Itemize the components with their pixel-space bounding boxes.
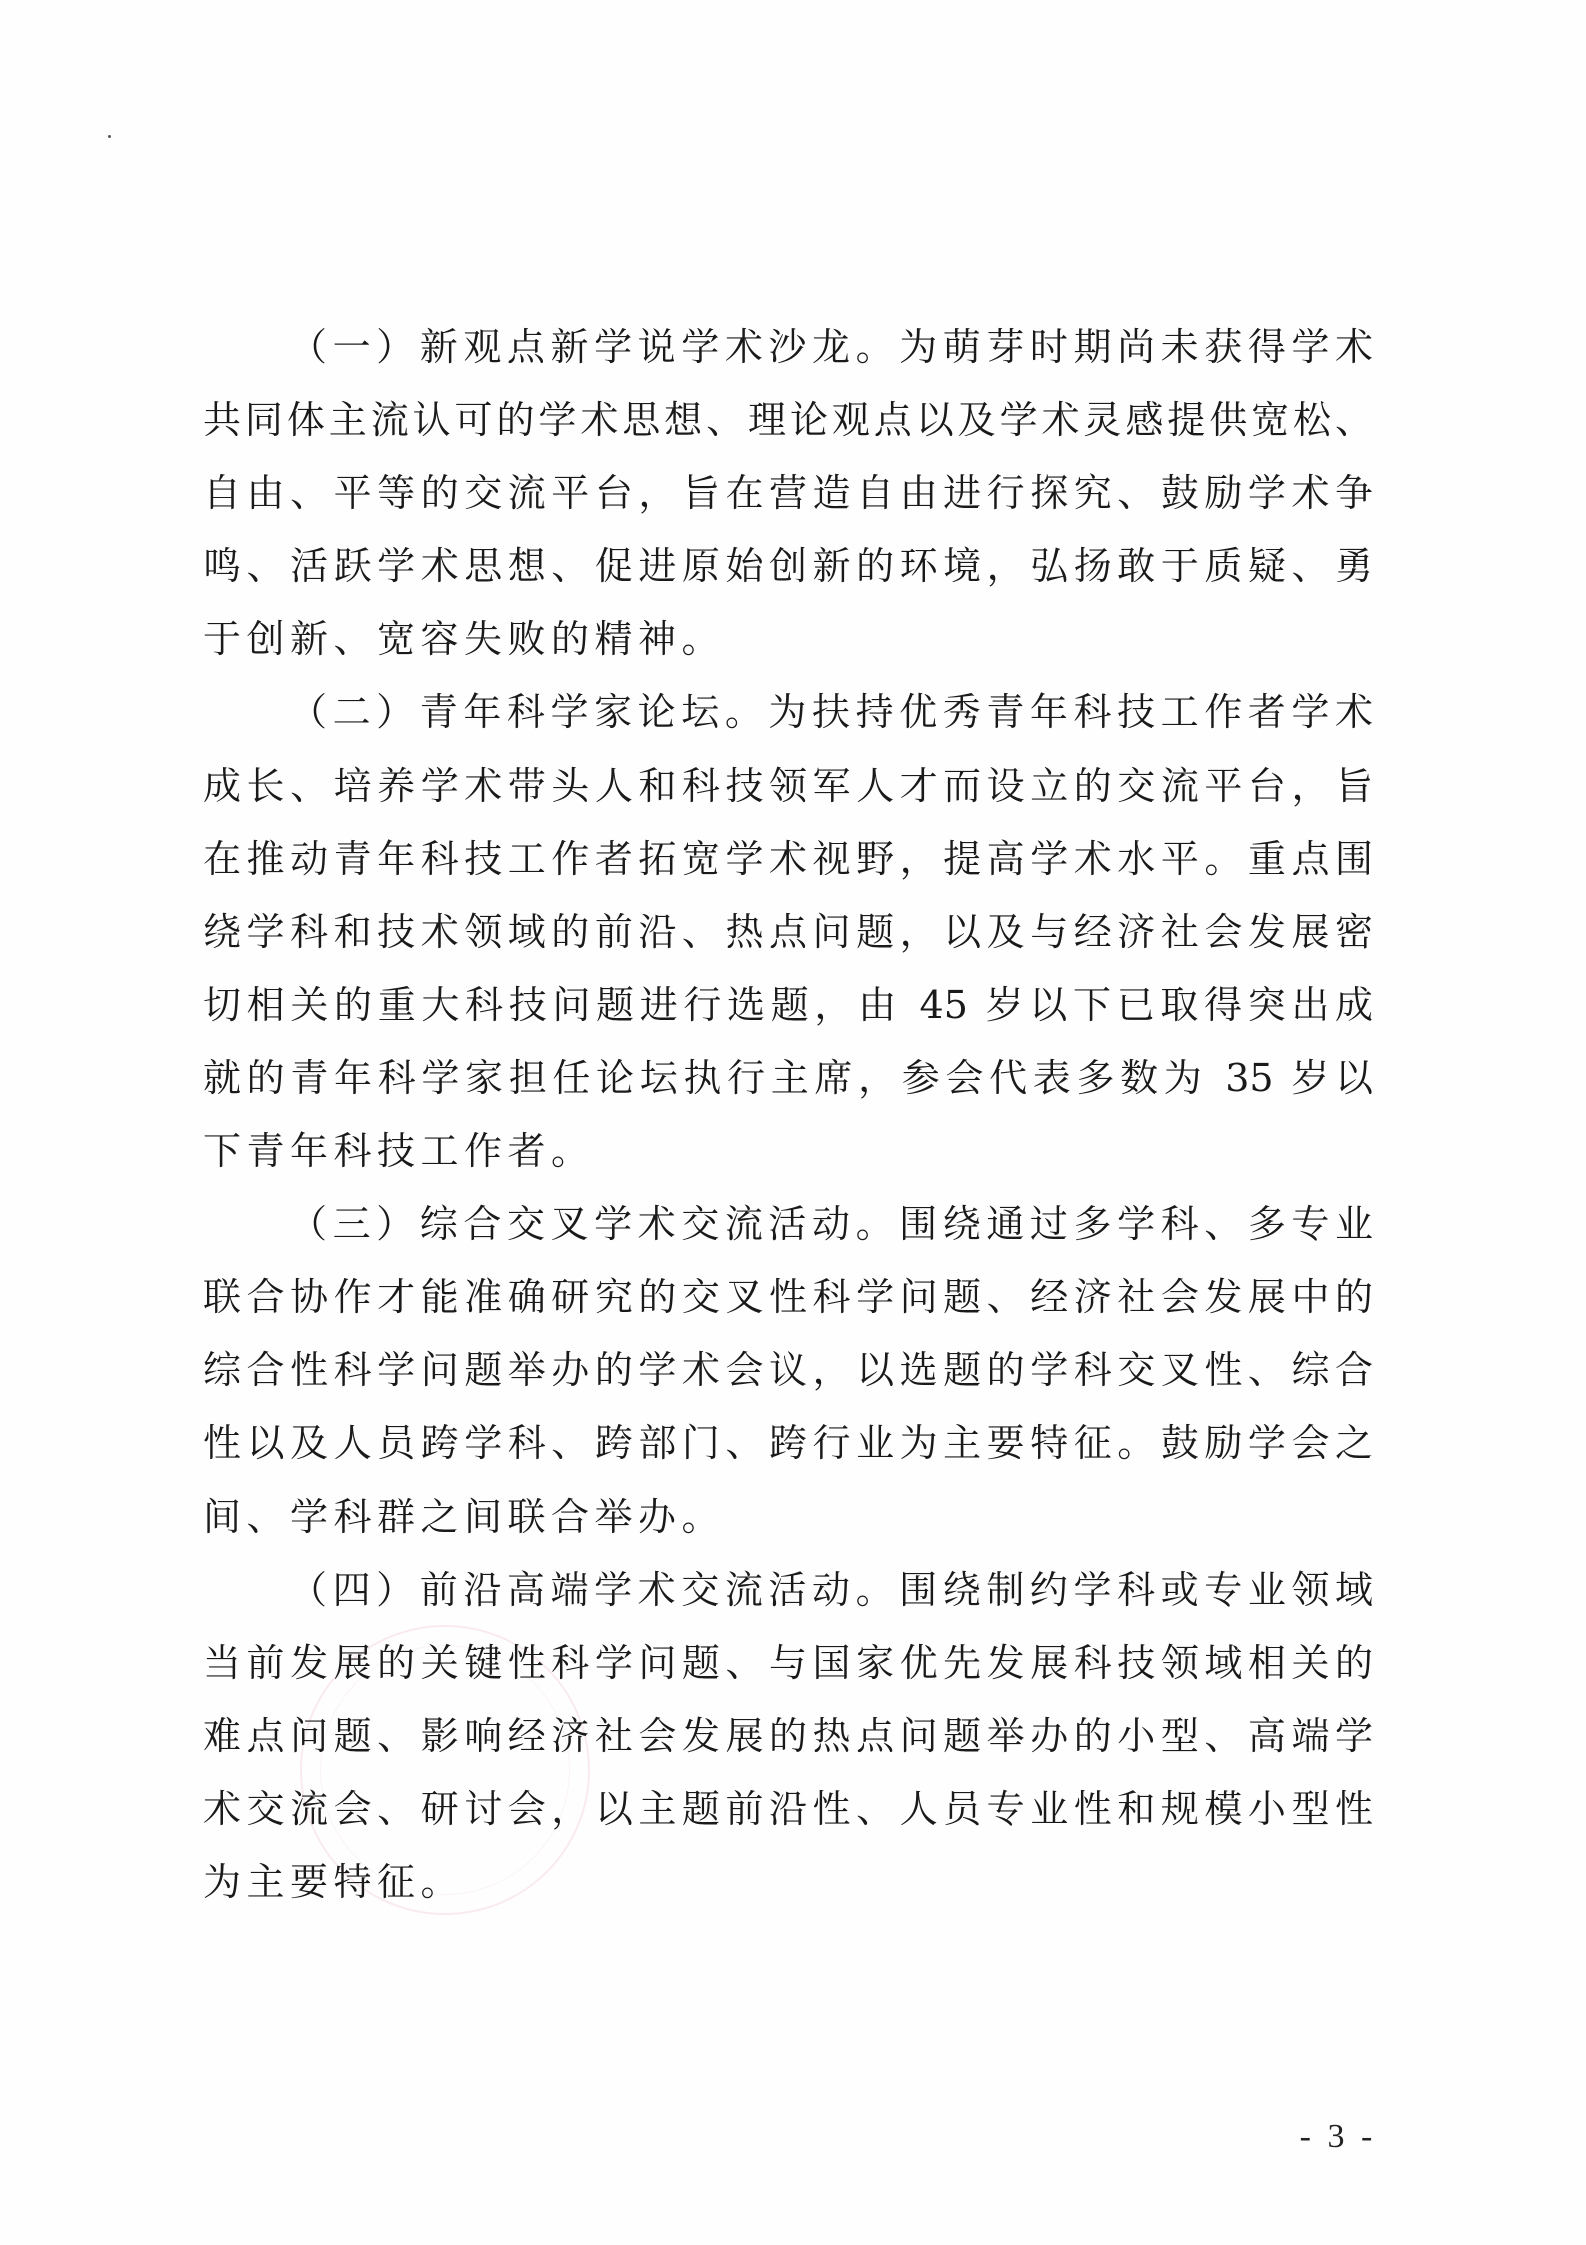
- paragraph-4: （四）前沿高端学术交流活动。围绕制约学科或专业领域 当前发展的关键性科学问题、与…: [203, 1554, 1373, 1919]
- text-line: 就的青年科学家担任论坛执行主席，参会代表多数为 35 岁以: [203, 1042, 1373, 1115]
- line-text: 为萌芽时期尚未获得学术: [899, 325, 1373, 369]
- paragraph-first-line: （一）新观点新学说学术沙龙。为萌芽时期尚未获得学术: [203, 311, 1373, 384]
- document-page: （一）新观点新学说学术沙龙。为萌芽时期尚未获得学术 共同体主流认可的学术思想、理…: [0, 0, 1586, 2245]
- paragraph-heading: （二）青年科学家论坛。: [289, 690, 768, 734]
- text-line: 为主要特征。: [203, 1846, 1373, 1919]
- text-line: 绕学科和技术领域的前沿、热点问题，以及与经济社会发展密: [203, 896, 1373, 969]
- paragraph-first-line: （三）综合交叉学术交流活动。围绕通过多学科、多专业: [203, 1188, 1373, 1261]
- text-line: 难点问题、影响经济社会发展的热点问题举办的小型、高端学: [203, 1700, 1373, 1773]
- text-line: 下青年科技工作者。: [203, 1115, 1373, 1188]
- text-line: 在推动青年科技工作者拓宽学术视野，提高学术水平。重点围: [203, 823, 1373, 896]
- paragraph-first-line: （四）前沿高端学术交流活动。围绕制约学科或专业领域: [203, 1554, 1373, 1627]
- text-line: 成长、培养学术带头人和科技领军人才而设立的交流平台，旨: [203, 750, 1373, 823]
- line-text: 为扶持优秀青年科技工作者学术: [768, 690, 1373, 734]
- paragraph-1: （一）新观点新学说学术沙龙。为萌芽时期尚未获得学术 共同体主流认可的学术思想、理…: [203, 311, 1373, 676]
- paragraph-3: （三）综合交叉学术交流活动。围绕通过多学科、多专业 联合协作才能准确研究的交叉性…: [203, 1188, 1373, 1553]
- text-line: 联合协作才能准确研究的交叉性科学问题、经济社会发展中的: [203, 1261, 1373, 1334]
- paragraph-first-line: （二）青年科学家论坛。为扶持优秀青年科技工作者学术: [203, 676, 1373, 749]
- text-line: 于创新、宽容失败的精神。: [203, 603, 1373, 676]
- text-line: 间、学科群之间联合举办。: [203, 1481, 1373, 1554]
- paragraph-heading: （三）综合交叉学术交流活动。: [289, 1202, 899, 1246]
- paragraph-2: （二）青年科学家论坛。为扶持优秀青年科技工作者学术 成长、培养学术带头人和科技领…: [203, 676, 1373, 1188]
- paragraph-heading: （四）前沿高端学术交流活动。: [289, 1568, 899, 1612]
- text-line: 性以及人员跨学科、跨部门、跨行业为主要特征。鼓励学会之: [203, 1407, 1373, 1480]
- page-number: - 3 -: [1288, 2118, 1388, 2156]
- line-text: 围绕制约学科或专业领域: [899, 1568, 1373, 1612]
- scan-speck: [108, 135, 111, 138]
- paragraph-heading: （一）新观点新学说学术沙龙。: [289, 325, 899, 369]
- body-text: （一）新观点新学说学术沙龙。为萌芽时期尚未获得学术 共同体主流认可的学术思想、理…: [203, 311, 1373, 1919]
- text-line: 综合性科学问题举办的学术会议，以选题的学科交叉性、综合: [203, 1334, 1373, 1407]
- line-text: 围绕通过多学科、多专业: [899, 1202, 1373, 1246]
- text-line: 当前发展的关键性科学问题、与国家优先发展科技领域相关的: [203, 1627, 1373, 1700]
- text-line: 鸣、活跃学术思想、促进原始创新的环境，弘扬敢于质疑、勇: [203, 530, 1373, 603]
- text-line: 切相关的重大科技问题进行选题，由 45 岁以下已取得突出成: [203, 969, 1373, 1042]
- text-line: 自由、平等的交流平台，旨在营造自由进行探究、鼓励学术争: [203, 457, 1373, 530]
- text-line: 共同体主流认可的学术思想、理论观点以及学术灵感提供宽松、: [203, 384, 1373, 457]
- text-line: 术交流会、研讨会，以主题前沿性、人员专业性和规模小型性: [203, 1773, 1373, 1846]
